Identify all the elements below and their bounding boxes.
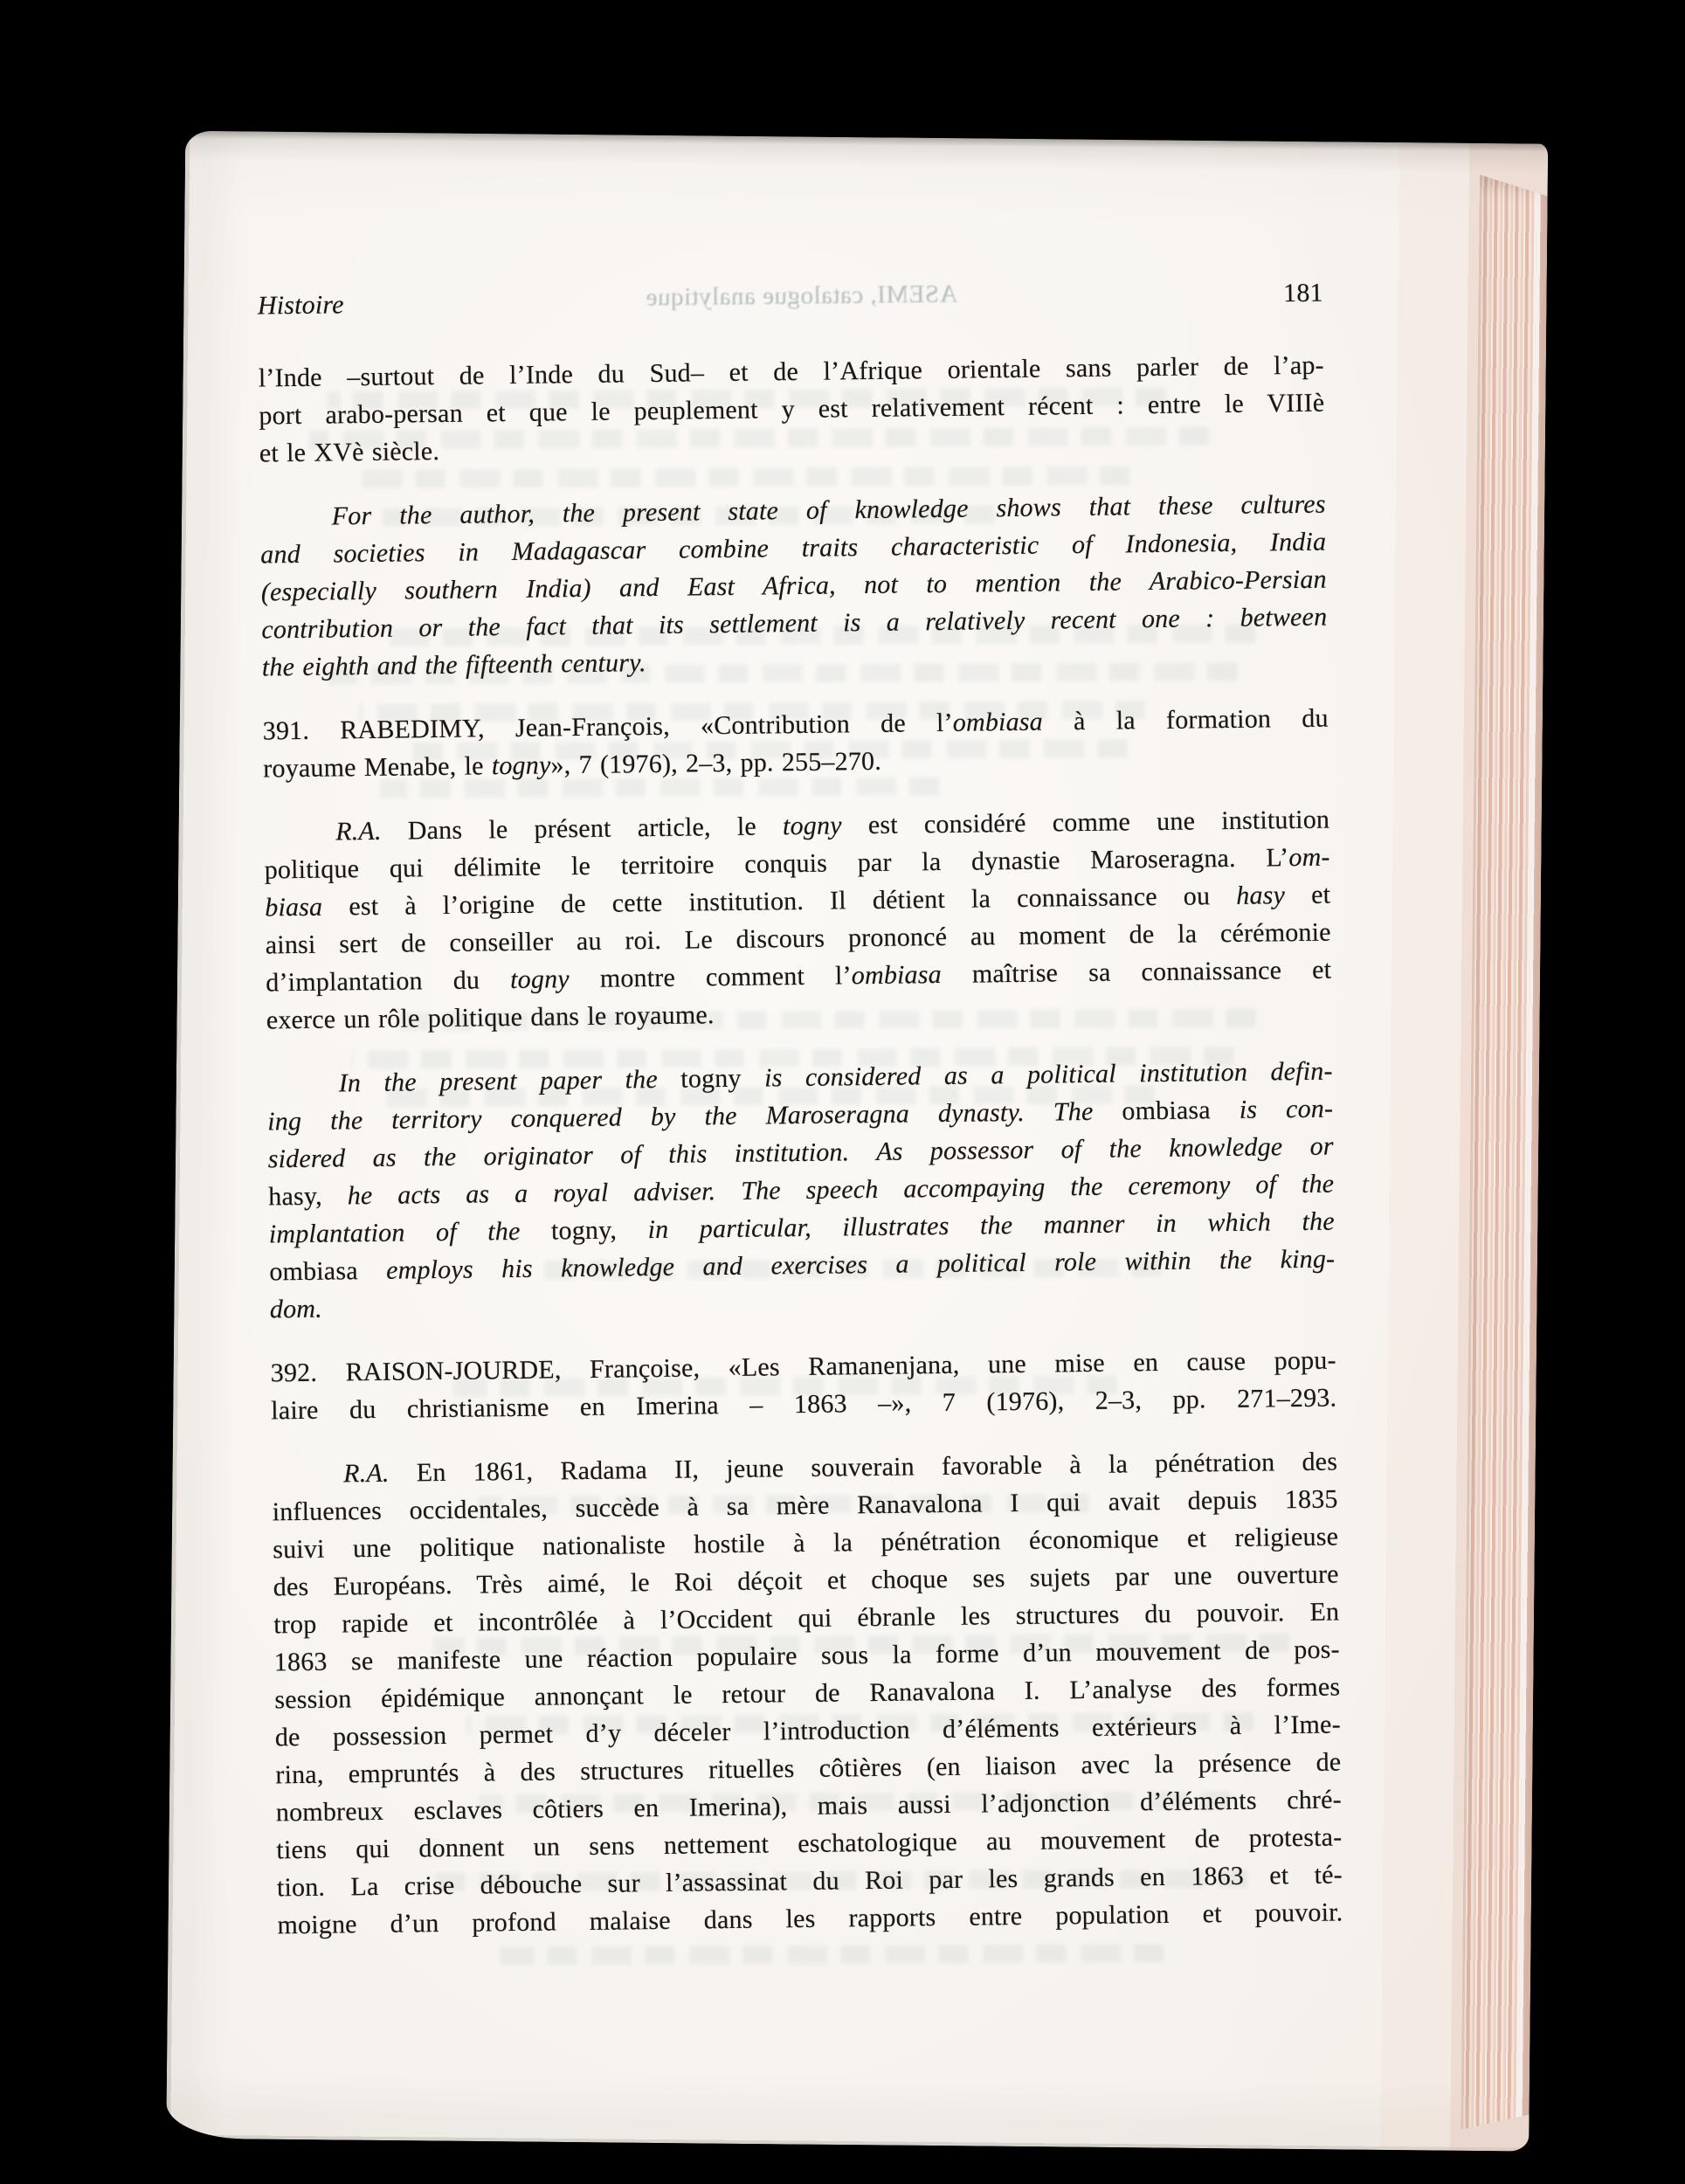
paragraphs: l’Inde –surtout de l’Inde du Sud– et de …	[259, 347, 1343, 1945]
abstract-english: For the author, the present state of kno…	[260, 486, 1329, 687]
bleedthrough-line	[500, 1944, 1164, 1965]
section-title: Histoire	[258, 286, 344, 324]
body-text: l’Inde –surtout de l’Inde du Sud– et de …	[259, 347, 1325, 473]
catalogue-entry-392: 392. RAISON-JOURDE, Françoise, «Les Rama…	[271, 1342, 1337, 1430]
book-photo: ASEMI, catalogue analytique Histoire 181…	[0, 0, 1685, 2184]
catalogue-entry-391: 391. RABEDIMY, Jean-François, «Contribut…	[263, 700, 1329, 788]
page-edge-stack	[1461, 175, 1547, 2131]
abstract-french: R.A. Dans le présent article, le togny e…	[264, 801, 1332, 1040]
abstract-english: In the present paper the togny is consid…	[266, 1053, 1336, 1329]
running-head: Histoire 181	[258, 274, 1323, 325]
page-number: 181	[1283, 274, 1323, 313]
text-column: Histoire 181 l’Inde –surtout de l’Inde d…	[258, 274, 1343, 1945]
book-page: ASEMI, catalogue analytique Histoire 181…	[166, 131, 1548, 2152]
abstract-french: R.A. En 1861, Radama II, jeune souverain…	[272, 1443, 1343, 1945]
